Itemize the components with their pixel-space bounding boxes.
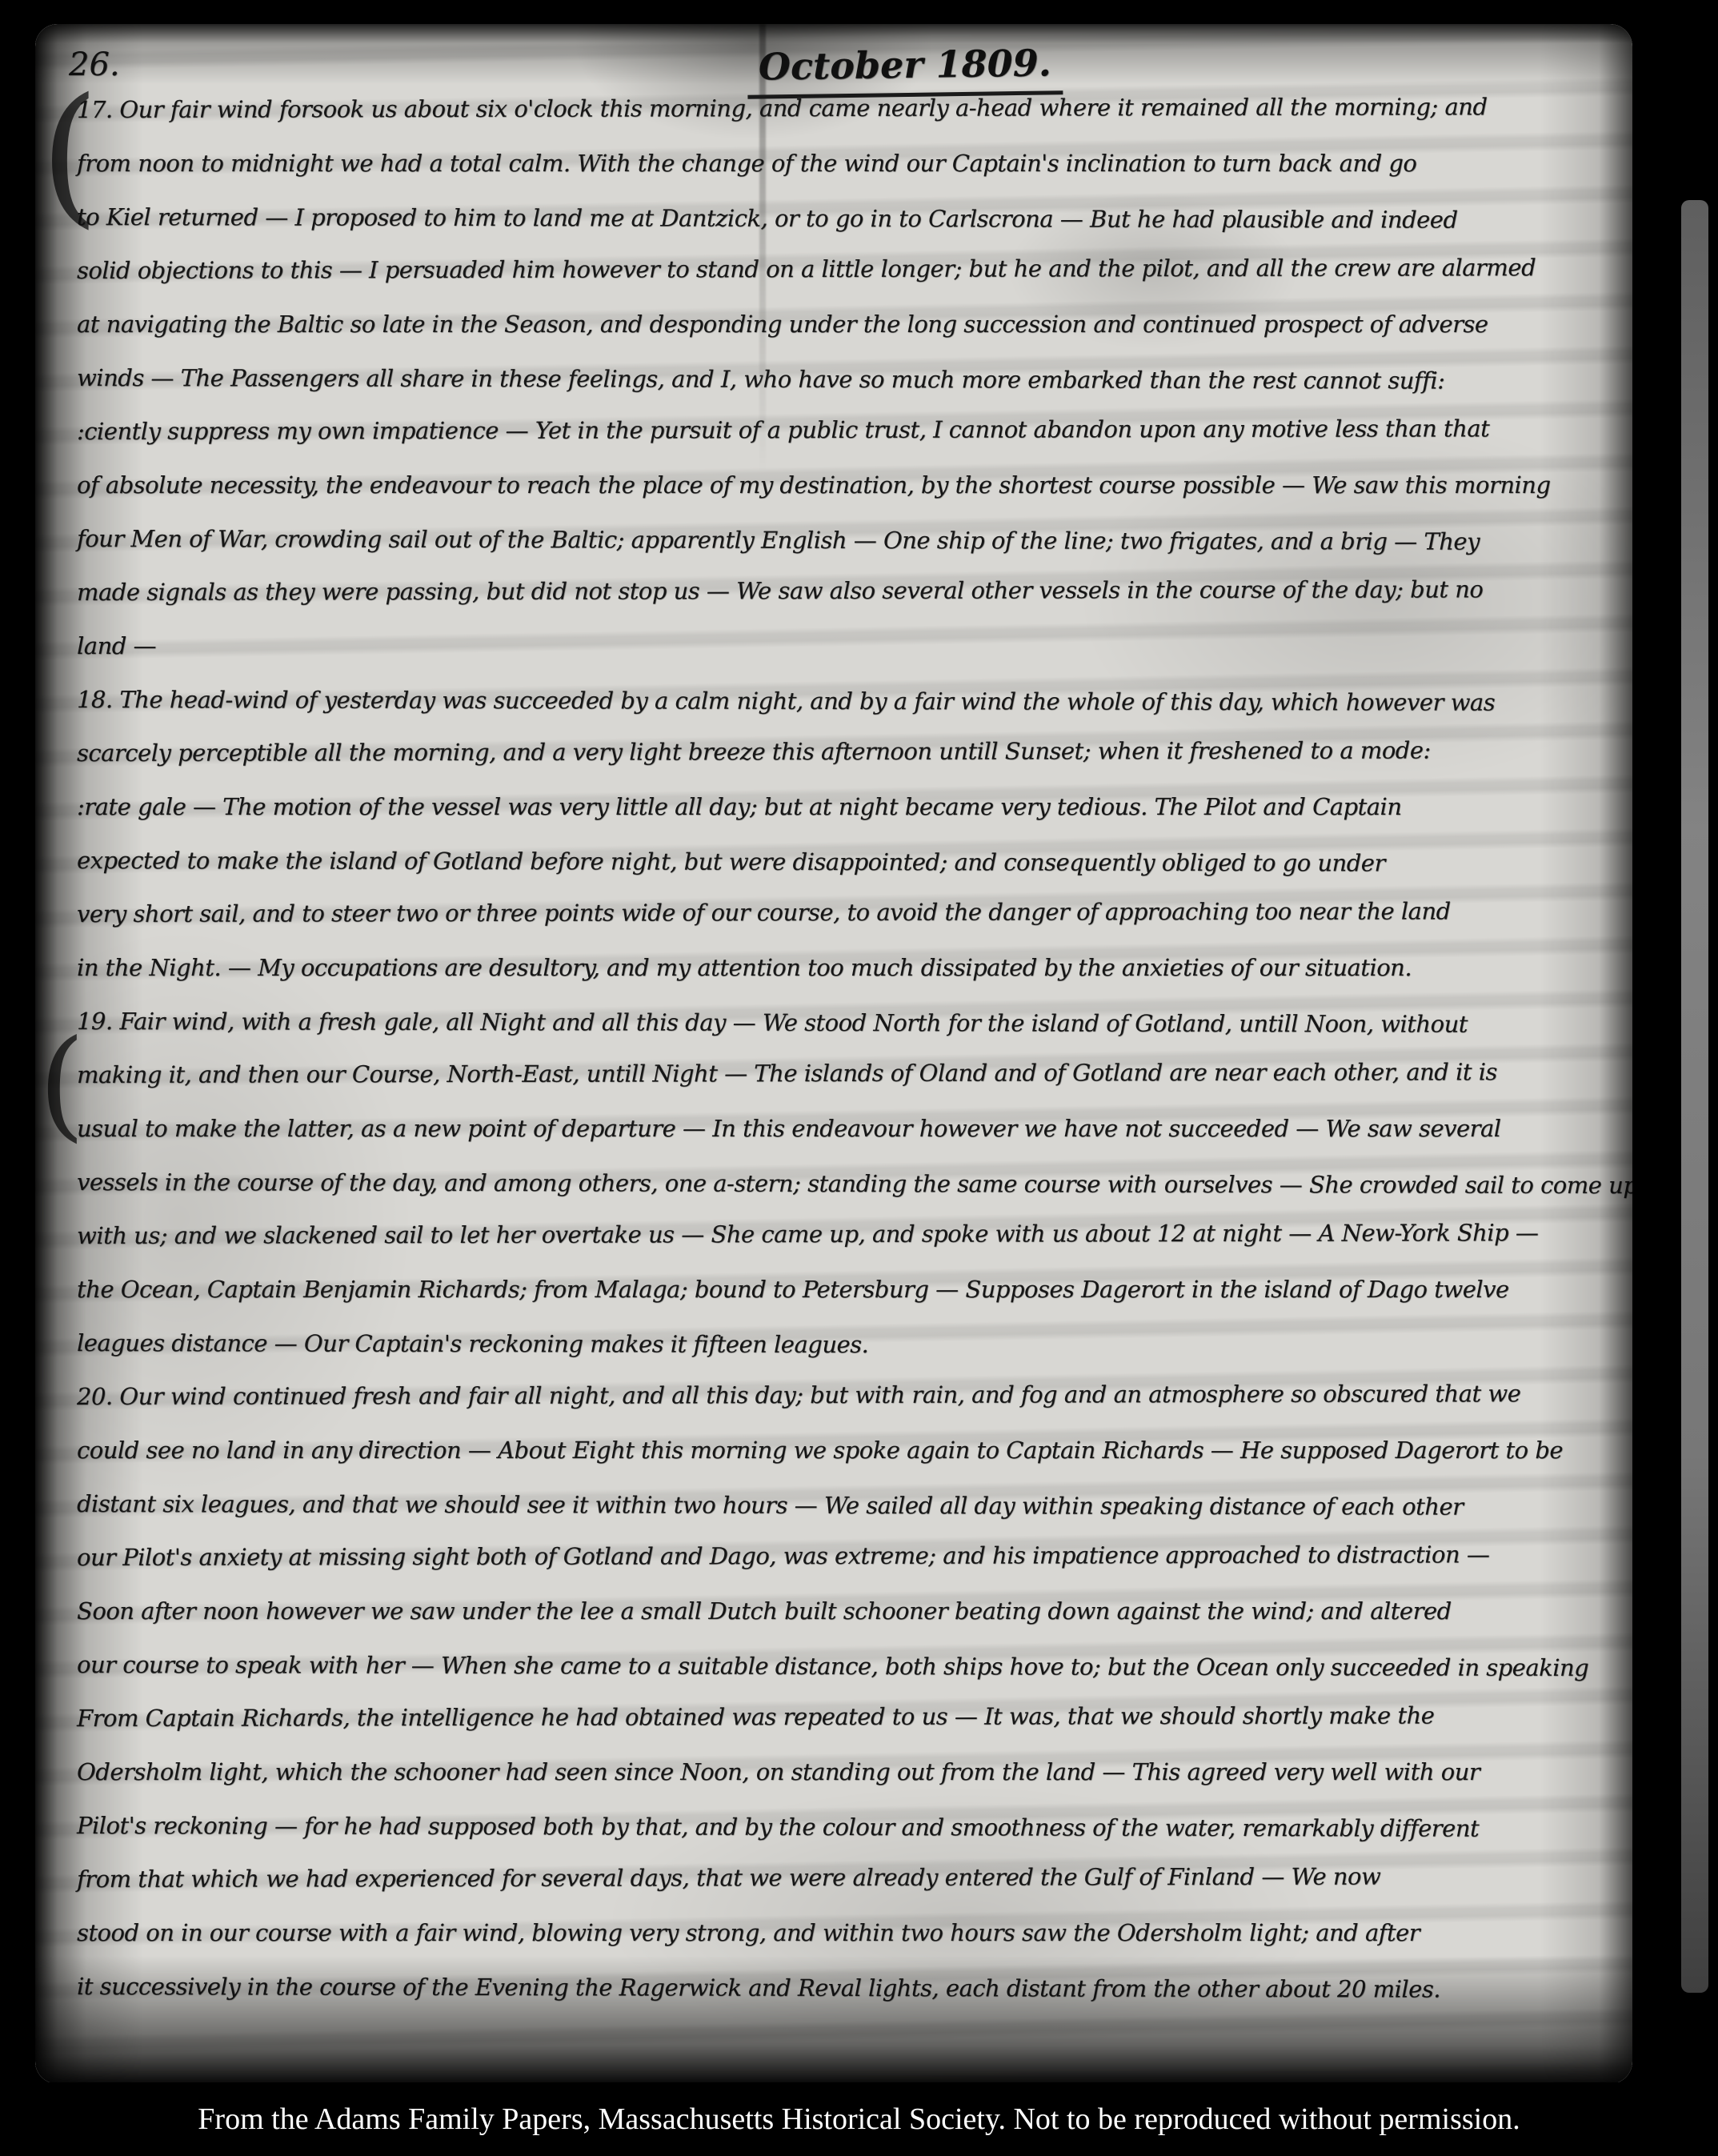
manuscript-line: could see no land in any direction — Abo… xyxy=(77,1424,1597,1477)
manuscript-line: 19. Fair wind, with a fresh gale, all Ni… xyxy=(77,995,1597,1052)
manuscript-line: from that which we had experienced for s… xyxy=(77,1849,1597,1906)
manuscript-lines: 17. Our fair wind forsook us about six o… xyxy=(77,83,1597,2014)
manuscript-line: to Kiel returned — I proposed to him to … xyxy=(77,190,1597,247)
manuscript-line: Pilot's reckoning — for he had supposed … xyxy=(77,1799,1597,1856)
manuscript-page: 26. October 1809. ( ( 17. Our fair wind … xyxy=(35,24,1632,2084)
manuscript-line: four Men of War, crowding sail out of th… xyxy=(77,512,1597,569)
manuscript-line: very short sail, and to steer two or thr… xyxy=(77,884,1597,941)
manuscript-line: our course to speak with her — When she … xyxy=(77,1638,1597,1695)
manuscript-line: 18. The head-wind of yesterday was succe… xyxy=(77,673,1597,730)
manuscript-line: vessels in the course of the day, and am… xyxy=(77,1156,1597,1212)
credit-banner: From the Adams Family Papers, Massachuse… xyxy=(0,2082,1718,2156)
page-number: 26. xyxy=(69,46,120,83)
manuscript-line: distant six leagues, and that we should … xyxy=(77,1477,1597,1534)
manuscript-line: From Captain Richards, the intelligence … xyxy=(77,1689,1597,1745)
manuscript-line: at navigating the Baltic so late in the … xyxy=(77,298,1597,351)
manuscript-line: solid objections to this — I persuaded h… xyxy=(77,241,1597,298)
manuscript-line: with us; and we slackened sail to let he… xyxy=(77,1206,1597,1263)
manuscript-line: usual to make the latter, as a new point… xyxy=(77,1102,1597,1156)
manuscript-line: from noon to midnight we had a total cal… xyxy=(77,137,1597,190)
manuscript-line: land — xyxy=(77,619,1597,673)
manuscript-line: :ciently suppress my own impatience — Ye… xyxy=(77,402,1597,459)
manuscript-line: stood on in our course with a fair wind,… xyxy=(77,1906,1597,1960)
manuscript-line: making it, and then our Course, North-Ea… xyxy=(77,1045,1597,1102)
manuscript-line: 17. Our fair wind forsook us about six o… xyxy=(77,80,1597,137)
manuscript-line: it successively in the course of the Eve… xyxy=(77,1960,1597,2017)
manuscript-scan: 26. October 1809. ( ( 17. Our fair wind … xyxy=(0,0,1718,2156)
manuscript-line: in the Night. — My occupations are desul… xyxy=(77,941,1597,995)
manuscript-line: Odersholm light, which the schooner had … xyxy=(77,1745,1597,1799)
credit-text: From the Adams Family Papers, Massachuse… xyxy=(198,2102,1520,2137)
manuscript-line: Soon after noon however we saw under the… xyxy=(77,1585,1597,1638)
manuscript-line: expected to make the island of Gotland b… xyxy=(77,834,1597,891)
manuscript-line: winds — The Passengers all share in thes… xyxy=(77,351,1597,408)
manuscript-line: leagues distance — Our Captain's reckoni… xyxy=(77,1316,1597,1373)
manuscript-line: made signals as they were passing, but d… xyxy=(77,563,1597,619)
manuscript-line: 20. Our wind continued fresh and fair al… xyxy=(77,1367,1597,1424)
manuscript-line: the Ocean, Captain Benjamin Richards; fr… xyxy=(77,1263,1597,1316)
manuscript-line: scarcely perceptible all the morning, an… xyxy=(77,723,1597,780)
manuscript-line: of absolute necessity, the endeavour to … xyxy=(77,459,1597,512)
manuscript-line: :rate gale — The motion of the vessel wa… xyxy=(77,780,1597,834)
manuscript-line: our Pilot's anxiety at missing sight bot… xyxy=(77,1528,1597,1585)
page-edge xyxy=(1681,200,1708,1993)
